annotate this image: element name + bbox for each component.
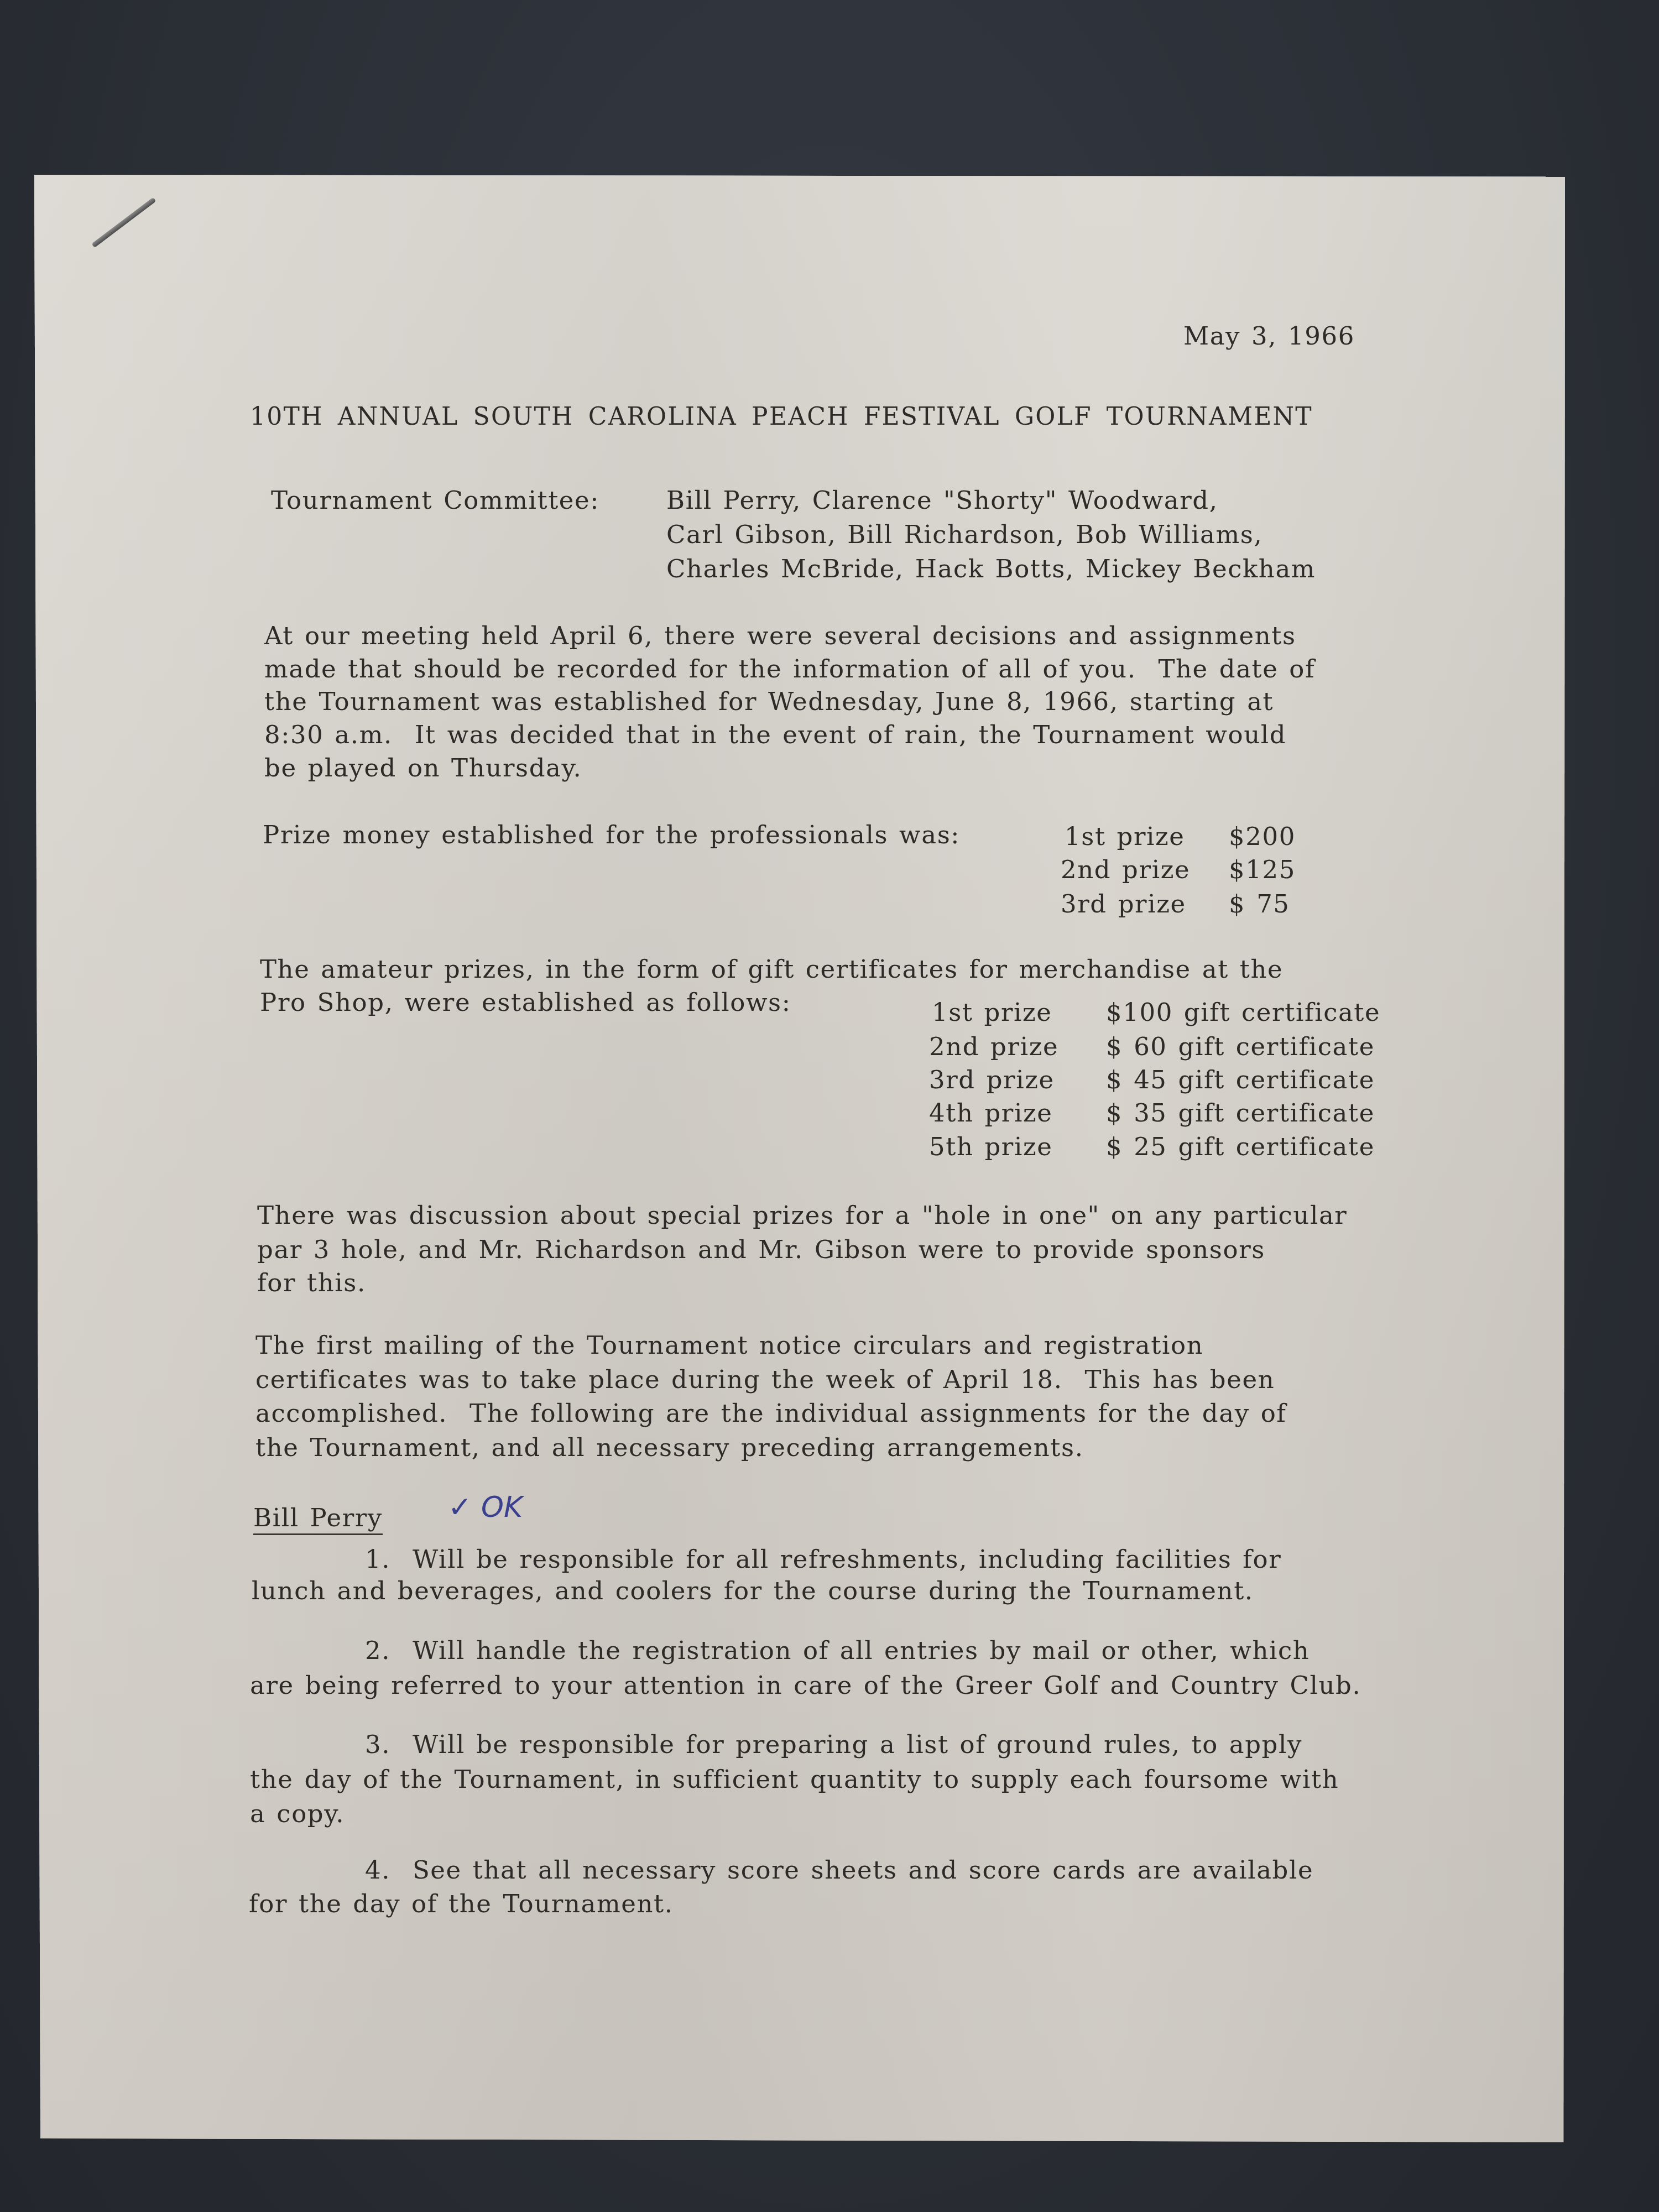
assignment-item-line: lunch and beverages, and coolers for the…	[252, 1578, 1254, 1603]
meeting-paragraph-line: At our meeting held April 6, there were …	[264, 623, 1296, 648]
amateur-prize-amount: $ 60 gift certificate	[1106, 1034, 1375, 1059]
pro-prize-place: 1st prize	[1065, 824, 1185, 849]
handwritten-check-ok: ✓ OK	[448, 1493, 523, 1522]
pro-prize-amount: $200	[1229, 824, 1296, 849]
committee-line: Carl Gibson, Bill Richardson, Bob Willia…	[666, 522, 1262, 547]
assignment-item-line: a copy.	[250, 1801, 345, 1826]
pro-prize-amount: $125	[1229, 857, 1296, 882]
pro-prize-place: 3rd prize	[1061, 891, 1186, 916]
assignment-item-line: the day of the Tournament, in sufficient…	[250, 1767, 1339, 1792]
amateur-prizes-intro-line: The amateur prizes, in the form of gift …	[260, 957, 1283, 982]
amateur-prize-place: 4th prize	[929, 1100, 1052, 1125]
meeting-paragraph-line: be played on Thursday.	[264, 755, 582, 780]
mailing-paragraph-line: The first mailing of the Tournament noti…	[255, 1333, 1203, 1358]
amateur-prize-amount: $100 gift certificate	[1106, 1000, 1380, 1025]
assignment-item-line: 3. Will be responsible for preparing a l…	[365, 1732, 1302, 1757]
assignee-heading: Bill Perry	[253, 1505, 383, 1535]
amateur-prize-amount: $ 25 gift certificate	[1106, 1134, 1375, 1159]
committee-label: Tournament Committee:	[271, 488, 599, 513]
hole-in-one-paragraph-line: for this.	[257, 1270, 366, 1295]
meeting-paragraph-line: 8:30 a.m. It was decided that in the eve…	[264, 722, 1286, 747]
assignment-item-line: 1. Will be responsible for all refreshme…	[365, 1547, 1281, 1572]
assignment-item-line: 2. Will handle the registration of all e…	[365, 1638, 1310, 1663]
hole-in-one-paragraph-line: par 3 hole, and Mr. Richardson and Mr. G…	[257, 1237, 1265, 1262]
committee-line: Bill Perry, Clarence "Shorty" Woodward,	[666, 488, 1218, 513]
document-date: May 3, 1966	[1183, 324, 1355, 348]
professional-prizes-intro: Prize money established for the professi…	[263, 822, 960, 847]
pro-prize-place: 2nd prize	[1061, 857, 1190, 882]
hole-in-one-paragraph-line: There was discussion about special prize…	[257, 1203, 1347, 1228]
amateur-prize-place: 3rd prize	[929, 1067, 1055, 1092]
pro-prize-amount: $ 75	[1229, 891, 1290, 916]
mailing-paragraph-line: accomplished. The following are the indi…	[255, 1401, 1287, 1426]
mailing-paragraph-line: certificates was to take place during th…	[255, 1367, 1275, 1392]
mailing-paragraph-line: the Tournament, and all necessary preced…	[255, 1435, 1084, 1460]
meeting-paragraph-line: made that should be recorded for the inf…	[264, 656, 1315, 681]
amateur-prize-place: 5th prize	[929, 1134, 1052, 1159]
meeting-paragraph-line: the Tournament was established for Wedne…	[264, 689, 1274, 714]
assignment-item-line: for the day of the Tournament.	[249, 1891, 674, 1916]
document-title: 10TH ANNUAL SOUTH CAROLINA PEACH FESTIVA…	[250, 405, 1313, 429]
amateur-prize-amount: $ 45 gift certificate	[1106, 1067, 1375, 1092]
assignment-item-line: are being referred to your attention in …	[250, 1673, 1361, 1698]
amateur-prizes-intro-line: Pro Shop, were established as follows:	[260, 990, 791, 1015]
committee-line: Charles McBride, Hack Botts, Mickey Beck…	[666, 556, 1316, 581]
assignment-item-line: 4. See that all necessary score sheets a…	[365, 1858, 1313, 1882]
amateur-prize-place: 1st prize	[932, 1000, 1052, 1025]
amateur-prize-amount: $ 35 gift certificate	[1106, 1100, 1375, 1125]
amateur-prize-place: 2nd prize	[929, 1034, 1058, 1059]
